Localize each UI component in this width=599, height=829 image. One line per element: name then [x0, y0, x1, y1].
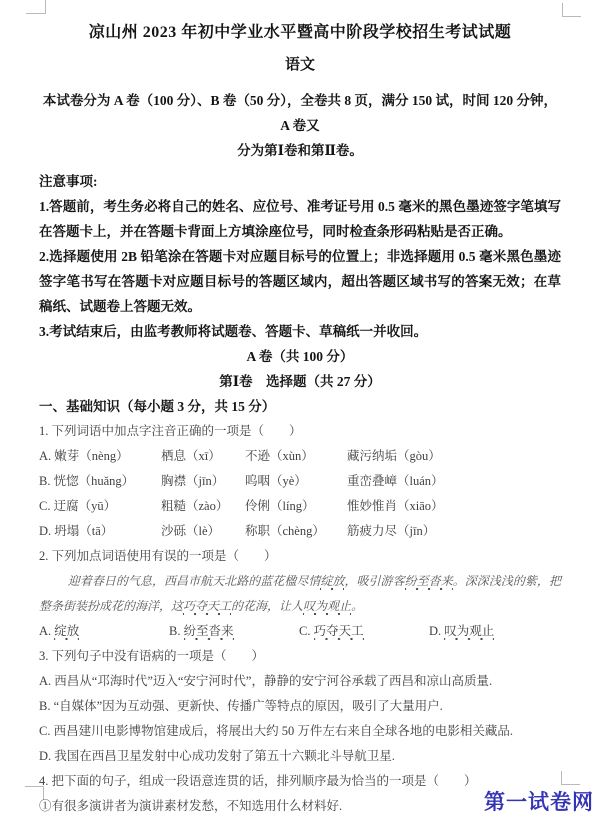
q1-row-d: D. 坍塌（tā） 沙砾（lè） 称职（chèng） 筋疲力尽（jīn）	[39, 519, 561, 544]
q2-stem: 2. 下列加点词语使用有误的一项是（ ）	[39, 544, 561, 569]
q3-option-a: A. 西昌从“邛海时代”迈入“安宁河时代”，静静的安宁河谷承载了西昌和凉山高质量…	[39, 669, 561, 694]
crop-mark-top-right	[562, 3, 581, 17]
q3-stem: 3. 下列句子中没有语病的一项是（ ）	[39, 644, 561, 669]
passage-text: 的花海，让人	[231, 599, 303, 613]
emphasized-word: 叹为观止	[303, 599, 351, 616]
q2-option-label: A.	[39, 624, 54, 638]
q1-option-item: 不逊（xùn）	[245, 444, 347, 469]
notice-item-3: 3.考试结束后，由监考教师将试题卷、答题卡、草稿纸一并收回。	[39, 319, 561, 344]
q1-option-item: B. 恍惚（huǎng）	[39, 469, 161, 494]
q4-sentence-1: ①有很多演讲者为演讲素材发愁，不知选用什么材料好.	[39, 794, 561, 819]
q1-option-item: D. 坍塌（tā）	[39, 519, 161, 544]
q2-option-d: D. 叹为观止	[429, 619, 561, 644]
q1-option-item: A. 嫩芽（nèng）	[39, 444, 161, 469]
q1-row-c: C. 迂腐（yū） 粗糙（zào） 伶俐（líng） 惟妙惟肖（xiāo）	[39, 494, 561, 519]
q2-option-c: C. 巧夺天工	[299, 619, 429, 644]
intro-paragraph: 本试卷分为 A 卷（100 分）、B 卷（50 分），全卷共 8 页，满分 15…	[39, 88, 561, 163]
q1-option-item: 惟妙惟肖（xiāo）	[347, 494, 561, 519]
q2-passage: 迎着春日的气息，西昌市航天北路的蓝花楹尽情绽放，吸引游客纷至沓来。深深浅浅的紫，…	[39, 569, 561, 619]
q1-row-b: B. 恍惚（huǎng） 胸襟（jīn） 呜咽（yè） 重峦叠嶂（luán）	[39, 469, 561, 494]
q1-stem: 1. 下列词语中加点字注音正确的一项是（ ）	[39, 419, 561, 444]
passage-text: 。	[351, 599, 363, 613]
q1-option-item: 伶俐（líng）	[245, 494, 347, 519]
q1-option-item: 重峦叠嶂（luán）	[347, 469, 561, 494]
q3-option-b: B. “自媒体”因为互动强、更新快、传播广等特点的原因，吸引了大量用户.	[39, 694, 561, 719]
q1-option-item: 粗糙（zào）	[161, 494, 245, 519]
crop-mark-top-left	[26, 0, 46, 14]
q2-option-b: B. 纷至沓来	[169, 619, 299, 644]
q2-options-row: A. 绽放 B. 纷至沓来 C. 巧夺天工 D. 叹为观止	[39, 619, 561, 644]
q2-option-word: 纷至沓来	[184, 624, 234, 641]
notice-item-1: 1.答题前，考生务必将自己的姓名、应位号、准考证号用 0.5 毫米的黑色墨迹签字…	[39, 194, 561, 244]
q2-option-a: A. 绽放	[39, 619, 169, 644]
body-flow: 注意事项: 1.答题前，考生务必将自己的姓名、应位号、准考证号用 0.5 毫米的…	[39, 169, 561, 819]
q2-option-label: D.	[429, 624, 444, 638]
q1-option-item: 称职（chèng）	[245, 519, 347, 544]
exam-paper-page: 凉山州 2023 年初中学业水平暨高中阶段学校招生考试试题 语文 本试卷分为 A…	[0, 0, 599, 829]
q1-option-item: 藏污纳垢（gòu）	[347, 444, 561, 469]
q1-option-item: 栖息（xī）	[161, 444, 245, 469]
q1-option-item: 沙砾（lè）	[161, 519, 245, 544]
q3-option-d: D. 我国在西昌卫星发射中心成功发射了第五十六颗北斗导航卫星.	[39, 744, 561, 769]
passage-text: 迎着春日的气息，西昌市航天北路的蓝花楹尽情	[68, 574, 321, 588]
q1-option-item: 筋疲力尽（jīn）	[347, 519, 561, 544]
q2-option-word: 叹为观止	[444, 624, 494, 641]
notice-item-2: 2.选择题使用 2B 铅笔涂在答题卡对应题目标号的位置上；非选择题用 0.5 毫…	[39, 244, 561, 319]
q1-option-item: 呜咽（yè）	[245, 469, 347, 494]
q3-option-c: C. 西昌建川电影博物馆建成后，将展出大约 50 万件左右来自全球各地的电影相关…	[39, 719, 561, 744]
part1-title: 第Ⅰ卷 选择题（共 27 分）	[39, 369, 561, 394]
q2-option-label: C.	[299, 624, 314, 638]
q1-row-a: A. 嫩芽（nèng） 栖息（xī） 不逊（xùn） 藏污纳垢（gòu）	[39, 444, 561, 469]
crop-mark-bottom-right	[561, 771, 580, 785]
notices-heading: 注意事项:	[39, 169, 561, 194]
q4-stem: 4. 把下面的句子，组成一段语意连贯的话，排列顺序最为恰当的一项是（ ）	[39, 769, 561, 794]
section-a-title: A 卷（共 100 分）	[39, 344, 561, 369]
emphasized-word: 绽放	[320, 574, 344, 591]
passage-text: ，吸引游客	[344, 574, 404, 588]
watermark-site-name: 第一试卷网	[484, 786, 594, 816]
q1-option-item: 胸襟（jīn）	[161, 469, 245, 494]
q2-option-word: 绽放	[54, 624, 79, 641]
intro-line-1: 本试卷分为 A 卷（100 分）、B 卷（50 分），全卷共 8 页，满分 15…	[39, 88, 561, 138]
intro-line-2: 分为第Ⅰ卷和第Ⅱ卷。	[39, 138, 561, 163]
emphasized-word: 纷至沓来	[405, 574, 453, 591]
q2-option-word: 巧夺天工	[314, 624, 364, 641]
q2-option-label: B.	[169, 624, 184, 638]
page-content: 凉山州 2023 年初中学业水平暨高中阶段学校招生考试试题 语文 本试卷分为 A…	[39, 14, 561, 819]
exam-title: 凉山州 2023 年初中学业水平暨高中阶段学校招生考试试题	[39, 22, 561, 44]
emphasized-word: 巧夺天工	[183, 599, 231, 616]
subject-title: 语文	[39, 54, 561, 76]
part1-heading: 一、基础知识（每小题 3 分，共 15 分）	[39, 394, 561, 419]
q1-option-item: C. 迂腐（yū）	[39, 494, 161, 519]
